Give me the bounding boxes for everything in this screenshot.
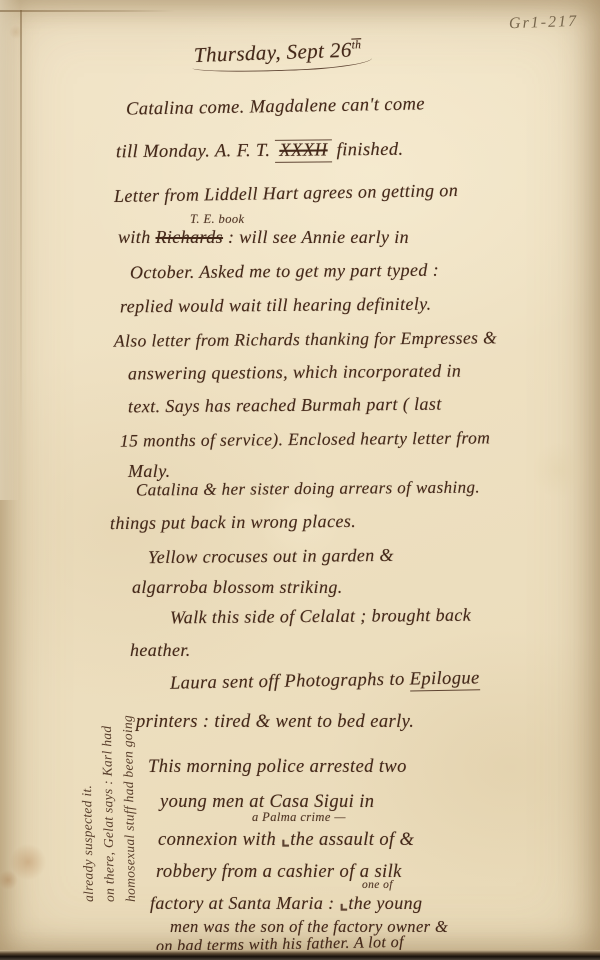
text-segment: till Monday. A. F. T. xyxy=(116,141,276,162)
text-segment: Catalina come. Magdalene can't come xyxy=(126,94,425,119)
margin-annotation-line: homosexual stuff had been going xyxy=(117,560,139,902)
text-segment: Letter from Liddell Hart agrees on getti… xyxy=(114,180,458,206)
text-segment: Laura sent off Photographs to xyxy=(170,670,410,694)
manuscript-line: October. Asked me to get my part typed : xyxy=(130,260,439,284)
manuscript-line: on bad terms with his father. A lot of xyxy=(156,934,404,956)
text-segment: answering questions, which incorporated … xyxy=(128,361,461,384)
manuscript-line: one of xyxy=(362,879,393,891)
manuscript-page: Gr1-217 Thursday, Sept 26thCatalina come… xyxy=(0,0,600,960)
text-segment: Maly. xyxy=(128,461,171,481)
manuscript-line: algarroba blossom striking. xyxy=(132,577,343,598)
text-segment: the assault of & xyxy=(290,830,414,850)
text-segment: with xyxy=(118,227,156,247)
manuscript-line: Maly. xyxy=(128,461,171,482)
text-segment: text. Says has reached Burmah part ( las… xyxy=(128,394,442,417)
margin-annotation-line: already suspected it. xyxy=(75,560,97,902)
page-edge-crease-top xyxy=(0,10,175,12)
manuscript-line: Catalina come. Magdalene can't come xyxy=(126,94,425,120)
manuscript-line: heather. xyxy=(130,640,191,661)
text-segment: young men at Casa Sigui in xyxy=(160,792,374,812)
entry-date-heading: Thursday, Sept 26th xyxy=(192,37,373,74)
manuscript-line: connexion with ⌞the assault of & xyxy=(158,829,414,851)
manuscript-line: 15 months of service). Enclosed hearty l… xyxy=(120,427,490,451)
text-segment-sup: th xyxy=(351,39,361,51)
manuscript-line: Catalina & her sister doing arrears of w… xyxy=(136,477,480,500)
text-segment-insert: one of xyxy=(362,879,393,891)
text-segment: things put back in wrong places. xyxy=(110,511,356,533)
archival-number: Gr1-217 xyxy=(509,13,579,33)
manuscript-line: replied would wait till hearing definite… xyxy=(120,294,432,318)
margin-annotation-line: on there, Gelat says : Karl had xyxy=(96,560,118,902)
text-segment: Walk this side of Celalat ; brought back xyxy=(170,605,471,628)
text-segment: replied would wait till hearing definite… xyxy=(120,294,432,317)
page-edge-highlight xyxy=(0,0,20,500)
manuscript-line: with Richards : will see Annie early in xyxy=(118,227,409,248)
text-segment: connexion with xyxy=(158,830,281,850)
manuscript-line: till Monday. A. F. T. XXXII finished. xyxy=(116,140,404,164)
text-segment: Thursday, Sept 26 xyxy=(194,38,353,67)
text-segment: on bad terms with his father. A lot of xyxy=(156,934,404,955)
text-segment: heather. xyxy=(130,640,191,660)
text-segment-underline: Epilogue xyxy=(409,668,479,691)
text-segment: algarroba blossom striking. xyxy=(132,577,343,597)
text-segment-caret: ⌞ xyxy=(339,893,348,913)
manuscript-line: Letter from Liddell Hart agrees on getti… xyxy=(114,180,458,207)
manuscript-line: T. E. book xyxy=(190,212,244,227)
text-segment: printers : tired & went to bed early. xyxy=(136,712,414,732)
text-segment: October. Asked me to get my part typed : xyxy=(130,260,439,283)
text-segment: the young xyxy=(348,893,422,913)
manuscript-line: printers : tired & went to bed early. xyxy=(136,712,414,733)
text-segment: Catalina & her sister doing arrears of w… xyxy=(136,477,480,499)
manuscript-line: men was the son of the factory owner & xyxy=(170,917,448,937)
manuscript-line: factory at Santa Maria : ⌞the young xyxy=(150,893,422,914)
text-segment: Yellow crocuses out in garden & xyxy=(148,545,394,567)
text-segment-strike: Richards xyxy=(156,227,224,247)
manuscript-line: Yellow crocuses out in garden & xyxy=(148,545,394,568)
text-segment: : will see Annie early in xyxy=(223,227,409,247)
manuscript-line: things put back in wrong places. xyxy=(110,511,356,534)
text-segment: men was the son of the factory owner & xyxy=(170,917,448,936)
manuscript-line: a Palma crime — xyxy=(252,810,346,825)
page-edge-crease-left xyxy=(20,10,22,440)
text-segment-caret: ⌞ xyxy=(281,830,290,850)
manuscript-line: answering questions, which incorporated … xyxy=(128,361,461,385)
text-segment: Also letter from Richards thanking for E… xyxy=(114,327,497,350)
manuscript-line: Also letter from Richards thanking for E… xyxy=(114,327,497,351)
text-segment: This morning police arrested two xyxy=(148,757,407,777)
text-segment-boxed: XXXII xyxy=(275,139,331,162)
manuscript-line: text. Says has reached Burmah part ( las… xyxy=(128,394,442,418)
margin-annotation: homosexual stuff had been goingon there,… xyxy=(48,560,136,902)
text-segment: factory at Santa Maria : xyxy=(150,893,339,913)
manuscript-line: This morning police arrested two xyxy=(148,757,407,778)
text-segment-insert: T. E. book xyxy=(190,212,244,226)
text-segment: finished. xyxy=(332,140,404,161)
manuscript-line: Walk this side of Celalat ; brought back xyxy=(170,605,471,629)
text-segment: 15 months of service). Enclosed hearty l… xyxy=(120,427,490,450)
manuscript-line: Laura sent off Photographs to Epilogue xyxy=(170,668,480,694)
text-segment-insert: a Palma crime — xyxy=(252,810,346,824)
